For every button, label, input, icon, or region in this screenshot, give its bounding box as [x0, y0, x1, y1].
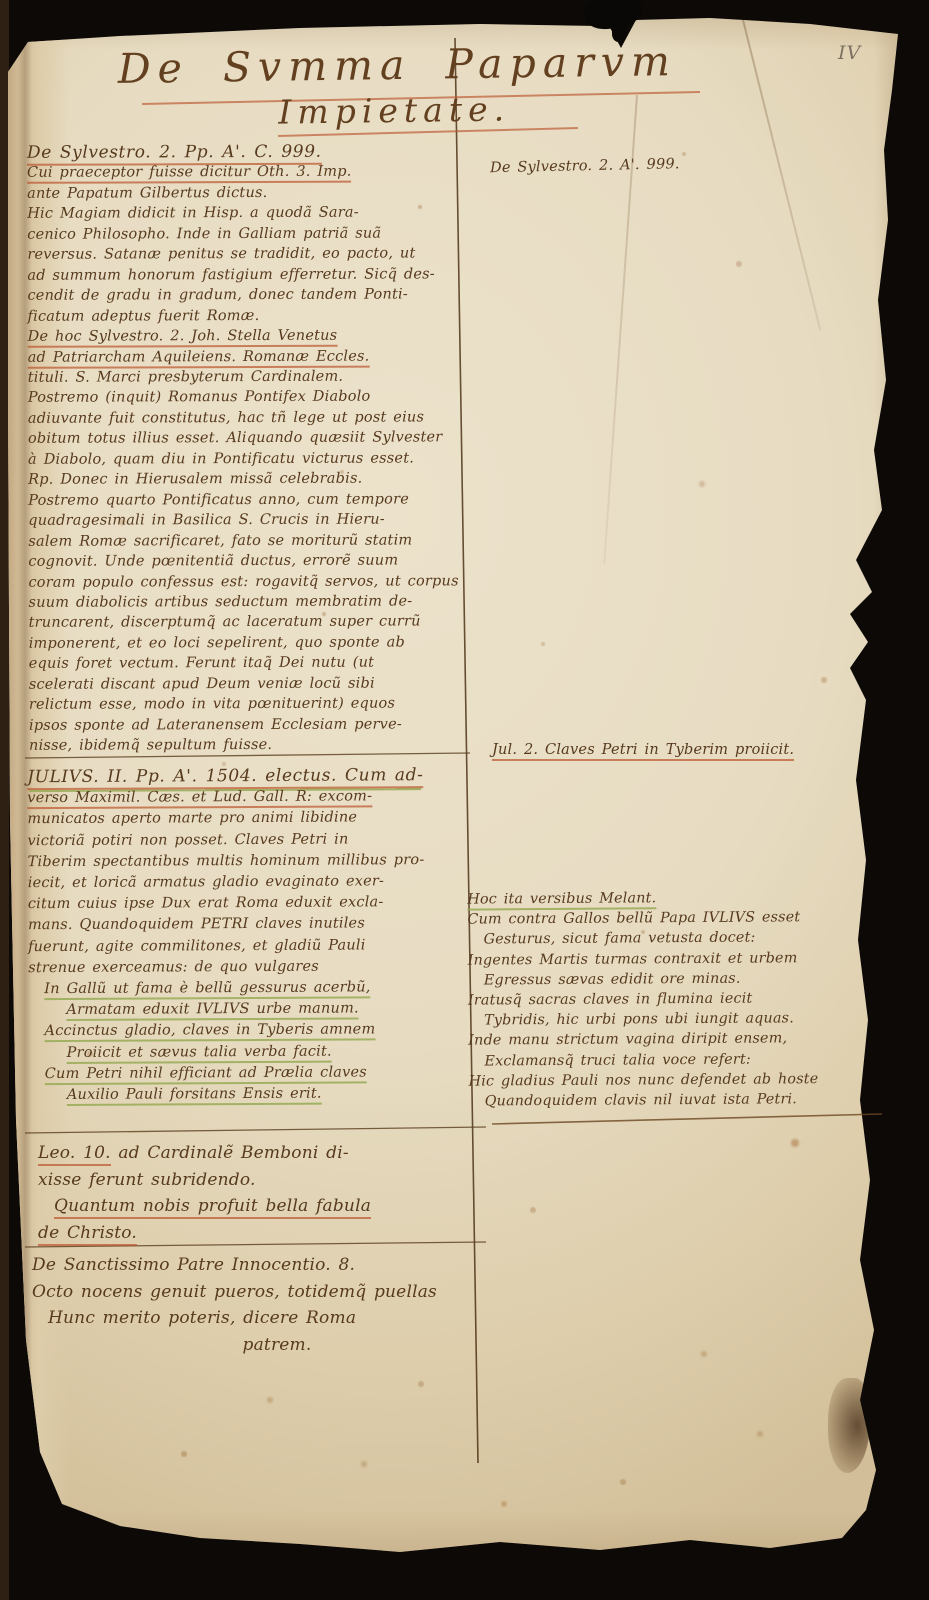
manuscript-line: citum cuius ipse Dux erat Roma eduxit ex… — [28, 892, 480, 916]
folio-number: IV — [838, 42, 861, 64]
manuscript-line: relictum esse, modo in vita pœnituerint)… — [29, 693, 481, 715]
manuscript-line: reversus. Satanæ penitus se tradidit, eo… — [27, 243, 479, 265]
manuscript-line: verso Maximil. Cæs. et Lud. Gall. R: exc… — [27, 786, 479, 810]
manuscript-line: fuerunt, agite commilitones, et gladiũ P… — [28, 934, 480, 958]
page-title-line2: Impietate. — [278, 85, 818, 132]
manuscript-line: Rp. Donec in Hierusalem missã celebrabis… — [28, 468, 480, 490]
page-title-line1: De Svmma Paparvm — [117, 35, 818, 93]
manuscript-line: Octo nocens genuit pueros, totidemq̃ pue… — [32, 1279, 522, 1306]
manuscript-line: Cui praeceptor fuisse dicitur Oth. 3. Im… — [27, 162, 479, 184]
manuscript-line: municatos aperto marte pro animi libidin… — [27, 807, 479, 831]
section-sylvester-ii: De Sylvestro. 2. Pp. A'. C. 999.Cui prae… — [27, 141, 481, 756]
manuscript-line: In Gallũ ut fama è bellũ gessurus acerbũ… — [28, 977, 480, 1001]
manuscript-line: adiuvante fuit constitutus, hac tñ lege … — [28, 407, 480, 429]
manuscript-line: Hic Magiam didicit in Hisp. a quodã Sara… — [27, 203, 479, 225]
manuscript-line: xisse ferunt subridendo. — [38, 1167, 483, 1194]
manuscript-line: JULIVS. II. Pp. A'. 1504. electus. Cum a… — [27, 765, 479, 789]
manuscript-line: ficatum adeptus fuerit Romæ. — [28, 305, 480, 327]
manuscript-line: Tiberim spectantibus multis hominum mill… — [28, 850, 480, 874]
manuscript-line: tituli. S. Marci presbyterum Cardinalem. — [28, 366, 480, 388]
manuscript-line: Quantum nobis profuit bella fabula — [38, 1193, 483, 1220]
manuscript-line: ante Papatum Gilbertus dictus. — [27, 182, 479, 204]
manuscript-line: cendit de gradu in gradum, donec tandem … — [27, 284, 479, 306]
manuscript-photo: { "page": { "number": "IV", "title_line1… — [0, 0, 929, 1600]
manuscript-line: à Diabolo, quam diu in Pontificatu victu… — [28, 448, 480, 470]
manuscript-line: De Sylvestro. 2. Pp. A'. C. 999. — [27, 141, 479, 163]
page-title: De Svmma Paparvm Impietate. — [117, 35, 818, 134]
section-innocent-viii: De Sanctissimo Patre Innocentio. 8.Octo … — [32, 1252, 522, 1358]
manuscript-line: ad summum honorum fastigium efferretur. … — [27, 264, 479, 286]
manuscript-line: cenico Philosopho. Inde in Galliam patri… — [27, 223, 479, 245]
section-julius-ii: JULIVS. II. Pp. A'. 1504. electus. Cum a… — [27, 765, 481, 1107]
manuscript-line: truncarent, discerptumq̃ ac laceratum su… — [29, 612, 481, 634]
manuscript-line: salem Romæ sacrificaret, fato se moritur… — [28, 530, 480, 552]
manuscript-line: equis foret vectum. Ferunt itaq̃ Dei nut… — [29, 653, 481, 675]
manuscript-line: Proiicit et sævus talia verba facit. — [29, 1040, 481, 1064]
burn-mark — [828, 1378, 870, 1473]
manuscript-line: Hunc merito poteris, dicere Roma — [32, 1305, 522, 1332]
manuscript-line: iecit, et loricã armatus gladio evaginat… — [28, 871, 480, 895]
manuscript-line: quadragesimali in Basilica S. Crucis in … — [28, 509, 480, 531]
manuscript-line: Jul. 2. Claves Petri in Tyberim proiicit… — [492, 740, 912, 760]
manuscript-line: ad Patriarcham Aquileiens. Romanæ Eccles… — [28, 346, 480, 368]
manuscript-line: suum diabolicis artibus seductum membrat… — [29, 591, 481, 613]
manuscript-line: scelerati discant apud Deum veniæ locũ s… — [29, 673, 481, 695]
margin-verses-melanchthon: Hoc ita versibus Melant.Cum contra Gallo… — [467, 886, 919, 1111]
manuscript-line: De Sanctissimo Patre Innocentio. 8. — [32, 1252, 522, 1279]
manuscript-line: cognovit. Unde pœnitentiã ductus, errorẽ… — [28, 550, 480, 572]
manuscript-line: ipsos sponte ad Lateranensem Ecclesiam p… — [29, 714, 481, 736]
manuscript-line: imponerent, et eo loci sepelirent, quo s… — [29, 632, 481, 654]
manuscript-line: Auxilio Pauli forsitans Ensis erit. — [29, 1083, 481, 1107]
section-leo-x: Leo. 10. ad Cardinalẽ Bemboni di-xisse f… — [38, 1140, 483, 1246]
manuscript-line: De hoc Sylvestro. 2. Joh. Stella Venetus — [28, 325, 480, 347]
manuscript-line: strenue exerceamus: de quo vulgares — [28, 956, 480, 980]
manuscript-line: Armatam eduxit IVLIVS urbe manum. — [28, 998, 480, 1022]
manuscript-line: obitum totus illius esset. Aliquando quæ… — [28, 428, 480, 450]
manuscript-line: mans. Quandoquidem PETRI claves inutiles — [28, 913, 480, 937]
manuscript-line: victoriã potiri non posset. Claves Petri… — [27, 828, 479, 852]
manuscript-line: nisse, ibidemq̃ sepultum fuisse. — [29, 734, 481, 756]
manuscript-line: Leo. 10. ad Cardinalẽ Bemboni di- — [38, 1140, 483, 1167]
manuscript-line: Accinctus gladio, claves in Tyberis amne… — [28, 1019, 480, 1043]
manuscript-line: Postremo (inquit) Romanus Pontifex Diabo… — [28, 387, 480, 409]
manuscript-line: Cum Petri nihil efficiant ad Prælia clav… — [29, 1062, 481, 1086]
book-binding-edge — [0, 0, 9, 1600]
manuscript-line: de Christo. — [38, 1220, 483, 1247]
manuscript-line: coram populo confessus est: rogavitq̃ se… — [28, 571, 480, 593]
manuscript-line: Quandoquidem clavis nil iuvat ista Petri… — [469, 1088, 919, 1111]
margin-note-julius: Jul. 2. Claves Petri in Tyberim proiicit… — [492, 740, 912, 760]
manuscript-line: Postremo quarto Pontificatus anno, cum t… — [28, 489, 480, 511]
manuscript-line: patrem. — [32, 1332, 522, 1359]
